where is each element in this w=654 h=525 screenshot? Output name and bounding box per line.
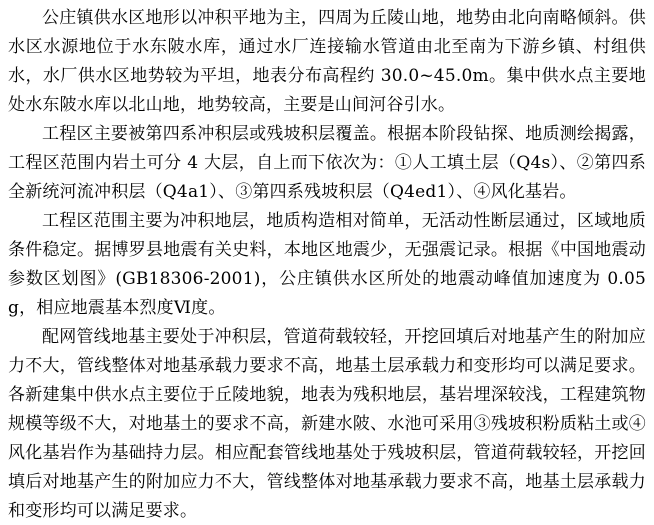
paragraph-terrain-overview: 公庄镇供水区地形以冲积平地为主，四周为丘陵山地，地势由北向南略倾斜。供水区水源地… (8, 4, 646, 120)
paragraph-foundation-assessment: 配网管线地基主要处于冲积层，管道荷载较轻，开挖回填后对地基产生的附加应力不大，管… (8, 323, 646, 525)
paragraph-strata-layers: 工程区主要被第四系冲积层或残坡积层覆盖。根据本阶段钻探、地质测绘揭露，工程区范围… (8, 120, 646, 207)
document-page: 公庄镇供水区地形以冲积平地为主，四周为丘陵山地，地势由北向南略倾斜。供水区水源地… (0, 0, 654, 525)
paragraph-geology-seismic: 工程区范围主要为冲积地层，地质构造相对简单，无活动性断层通过，区域地质条件稳定。… (8, 207, 646, 323)
